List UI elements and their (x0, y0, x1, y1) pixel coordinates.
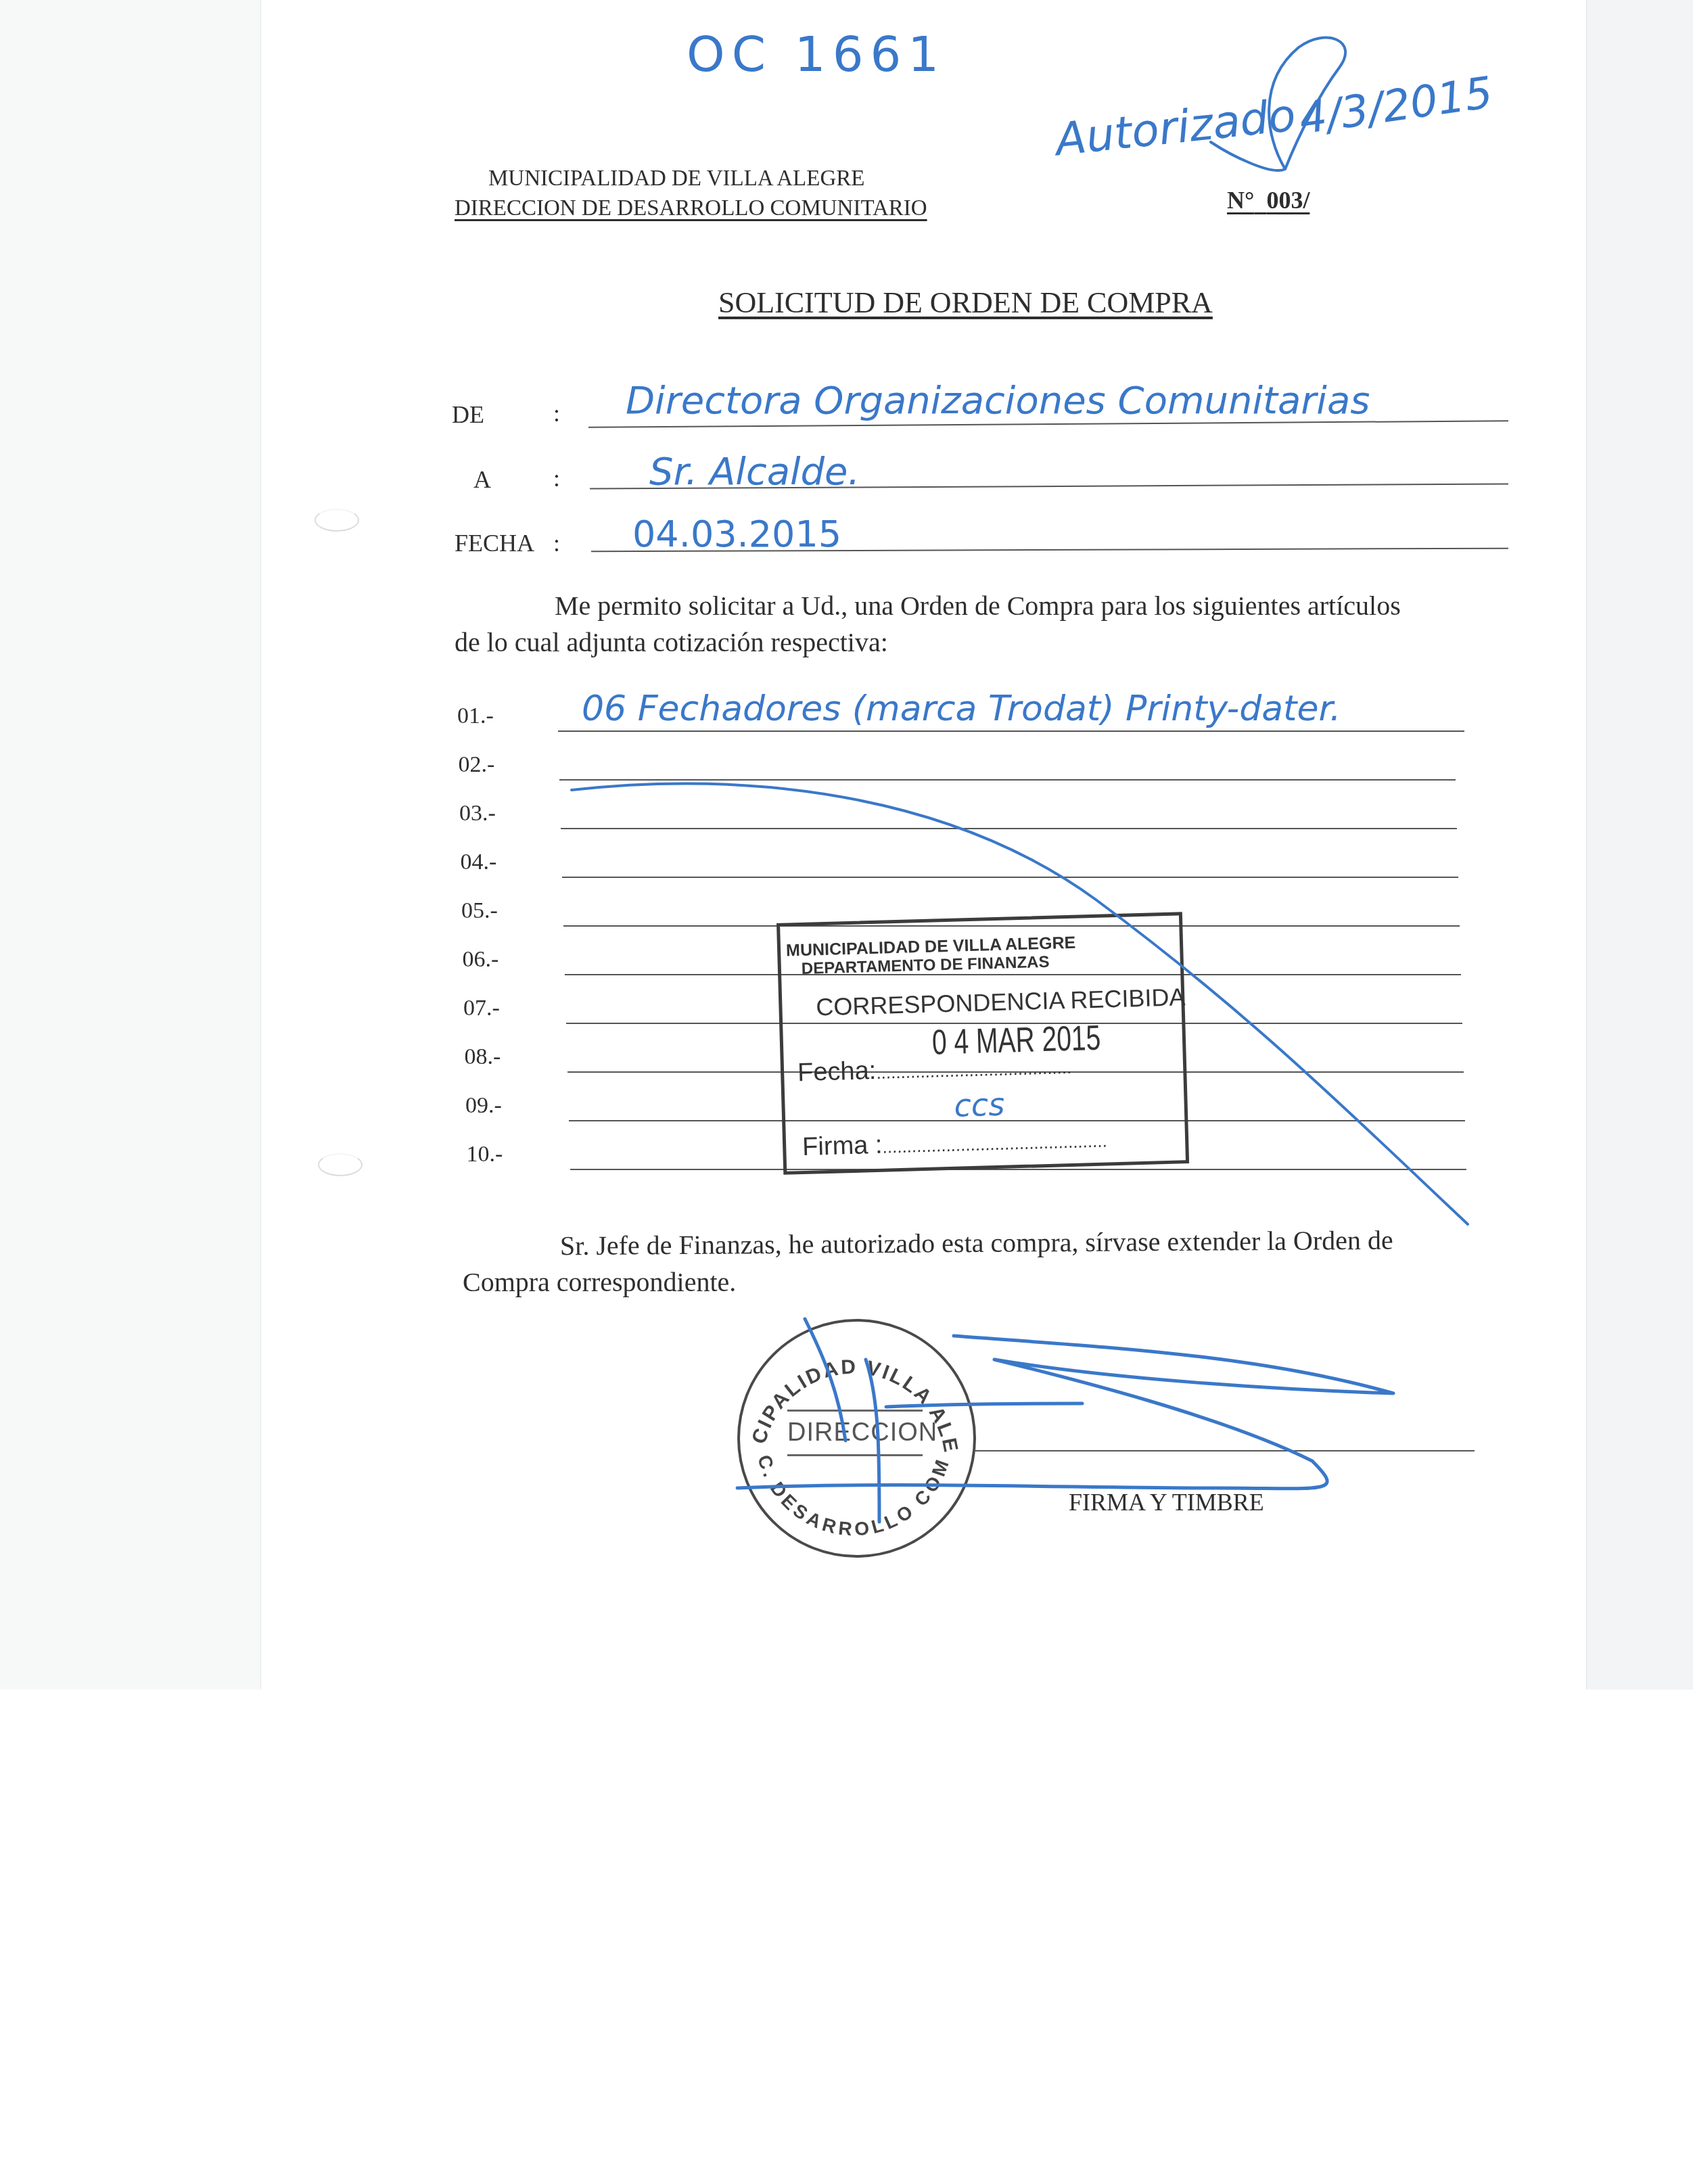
organization-name: MUNICIPALIDAD DE VILLA ALEGRE (488, 166, 864, 191)
field-sep: : (553, 464, 560, 492)
item-line (562, 877, 1458, 878)
field-value-de[interactable]: Directora Organizaciones Comunitarias (626, 379, 1370, 423)
number-label: N° (1227, 187, 1254, 214)
page-title: SOLICITUD DE ORDEN DE COMPRA (718, 285, 1213, 320)
document-number: N° 003/ (1227, 186, 1309, 214)
item-number: 02.- (459, 752, 495, 778)
item-number: 10.- (467, 1142, 503, 1167)
punch-hole (315, 509, 359, 532)
stamp-fecha-dots: ........................................ (876, 1057, 1072, 1083)
item-number: 06.- (463, 947, 499, 973)
field-label-fecha: FECHA (455, 529, 534, 557)
stamp-firma-dots: ........................................… (882, 1130, 1107, 1157)
item-number: 07.- (463, 996, 500, 1021)
stamp-firma-field: Firma :.................................… (802, 1124, 1108, 1162)
stamp-heading: CORRESPONDENCIA RECIBIDA (816, 983, 1186, 1021)
field-sep: : (553, 399, 560, 427)
scan-left-margin (0, 0, 261, 1690)
closing-line-1: Sr. Jefe de Finanzas, he autorizado esta… (560, 1224, 1393, 1262)
stamp-initials: ccs (954, 1086, 1005, 1124)
signature-label: FIRMA Y TIMBRE (1069, 1488, 1264, 1516)
item-line (570, 1169, 1466, 1170)
signature-line (974, 1450, 1475, 1451)
item-line (559, 779, 1456, 781)
item-line (558, 730, 1464, 732)
received-stamp: MUNICIPALIDAD DE VILLA ALEGRE DEPARTAMEN… (776, 912, 1189, 1175)
number-value: 003/ (1266, 187, 1309, 214)
item-line (561, 828, 1457, 829)
field-value-fecha[interactable]: 04.03.2015 (632, 513, 841, 555)
item-number: 05.- (461, 898, 498, 924)
field-label-a: A (473, 465, 491, 494)
item-number: 01.- (457, 703, 494, 729)
closing-line-2: Compra correspondiente. (463, 1266, 736, 1298)
item-number: 03.- (459, 801, 496, 827)
item-value[interactable]: 06 Fechadores (marca Trodat) Printy-date… (582, 689, 1341, 729)
order-code-annotation: OC 1661 (687, 26, 946, 83)
punch-hole (318, 1153, 363, 1176)
scan-right-margin (1586, 0, 1693, 1690)
item-number: 04.- (461, 850, 497, 875)
seal-center-text: DIRECCION (787, 1410, 923, 1456)
intro-line-2: de lo cual adjunta cotización respectiva… (455, 626, 888, 658)
item-number: 08.- (465, 1044, 501, 1070)
department-name: DIRECCION DE DESARROLLO COMUNITARIO (455, 196, 927, 221)
intro-line-1: Me permito solicitar a Ud., una Orden de… (555, 590, 1401, 622)
official-seal: MUNICIPALIDAD VILLA ALEGRE DIREC. DESARR… (737, 1319, 976, 1558)
item-number: 09.- (465, 1093, 502, 1119)
stamp-firma-label: Firma : (802, 1131, 883, 1161)
field-label-de: DE (452, 400, 484, 429)
stamp-fecha-label: Fecha: (797, 1056, 877, 1087)
stamp-fecha-field: Fecha:..................................… (797, 1051, 1072, 1088)
field-sep: : (553, 529, 560, 557)
